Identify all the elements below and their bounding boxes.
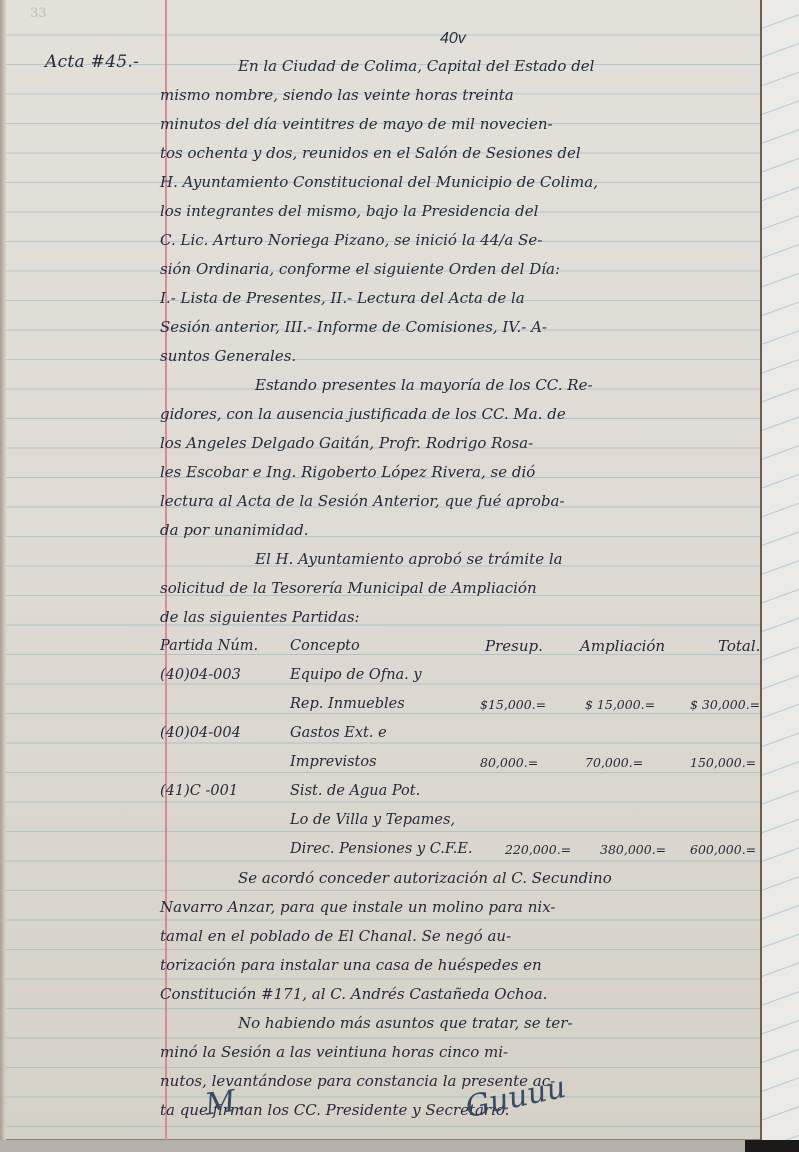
cell-concepto: Imprevistos	[290, 748, 377, 777]
cell-concepto: Lo de Villa y Tepames,	[290, 806, 455, 835]
binding-edge	[0, 0, 6, 1140]
cell-presupuesto: 220,000.=	[505, 835, 571, 864]
cell-presupuesto: $15,000.=	[480, 690, 546, 719]
header-partida: Partida Núm.	[160, 632, 258, 661]
signature-block: M. Guuuu	[200, 1080, 620, 1140]
table-row: (41)C -001 Sist. de Agua Pot.	[160, 777, 760, 806]
cell-concepto: Equipo de Ofna. y	[290, 661, 422, 690]
table-row-continued: Imprevistos 80,000.= 70,000.= 150,000.=	[160, 748, 760, 777]
table-row-continued: Lo de Villa y Tepames,	[160, 806, 760, 835]
cell-concepto: Gastos Ext. e	[290, 719, 387, 748]
text-line: Navarro Anzar, para que instale un molin…	[160, 893, 760, 922]
cell-concepto: Rep. Inmuebles	[290, 690, 405, 719]
text-line: lectura al Acta de la Sesión Anterior, q…	[160, 487, 760, 516]
text-line: En la Ciudad de Colima, Capital del Esta…	[160, 52, 760, 81]
cell-partida: (40)04-004	[160, 719, 241, 748]
text-line: minutos del día veintitres de mayo de mi…	[160, 110, 760, 139]
text-line: H. Ayuntamiento Constitucional del Munic…	[160, 168, 760, 197]
cell-presupuesto: 80,000.=	[480, 748, 538, 777]
cell-total: 600,000.=	[690, 835, 756, 864]
table-row-continued: Direc. Pensiones y C.F.E. 220,000.= 380,…	[160, 835, 760, 864]
cell-ampliacion: 380,000.=	[600, 835, 666, 864]
cell-total: 150,000.=	[690, 748, 756, 777]
text-line: los integrantes del mismo, bajo la Presi…	[160, 197, 760, 226]
cell-partida: (41)C -001	[160, 777, 238, 806]
table-header-row: Partida Núm. Concepto Presup. Ampliación…	[160, 632, 760, 661]
text-line: gidores, con la ausencia justificada de …	[160, 400, 760, 429]
text-line: solicitud de la Tesorería Municipal de A…	[160, 574, 760, 603]
table-row: (40)04-003 Equipo de Ofna. y	[160, 661, 760, 690]
text-line: les Escobar e Ing. Rigoberto López River…	[160, 458, 760, 487]
text-line: suntos Generales.	[160, 342, 760, 371]
text-line: mismo nombre, siendo las veinte horas tr…	[160, 81, 760, 110]
page-bottom-edge	[0, 1140, 762, 1152]
text-line: No habiendo más asuntos que tratar, se t…	[160, 1009, 760, 1038]
text-line: de las siguientes Partidas:	[160, 603, 760, 632]
text-line: Se acordó conceder autorización al C. Se…	[160, 864, 760, 893]
cell-partida: (40)04-003	[160, 661, 241, 690]
budget-intro-paragraph: El H. Ayuntamiento aprobó se trámite la …	[160, 545, 760, 632]
header-ampliacion: Ampliación	[580, 632, 665, 661]
text-line: El H. Ayuntamiento aprobó se trámite la	[160, 545, 760, 574]
minutes-body: En la Ciudad de Colima, Capital del Esta…	[160, 52, 760, 1125]
president-signature: M.	[203, 1082, 248, 1122]
cell-ampliacion: 70,000.=	[585, 748, 643, 777]
authorizations-paragraph: Se acordó conceder autorización al C. Se…	[160, 864, 760, 1009]
text-line: Sesión anterior, III.- Informe de Comisi…	[160, 313, 760, 342]
text-line: Constitución #171, al C. Andrés Castañed…	[160, 980, 760, 1009]
header-concepto: Concepto	[290, 632, 360, 661]
cell-concepto: Direc. Pensiones y C.F.E.	[290, 835, 473, 864]
text-line: los Angeles Delgado Gaitán, Profr. Rodri…	[160, 429, 760, 458]
act-label: Acta #45.-	[45, 52, 139, 72]
header-presupuesto: Presup.	[485, 632, 543, 661]
text-line: tamal en el poblado de El Chanal. Se neg…	[160, 922, 760, 951]
text-line: I.- Lista de Presentes, II.- Lectura del…	[160, 284, 760, 313]
attendance-paragraph: Estando presentes la mayoría de los CC. …	[160, 371, 760, 545]
text-line: da por unanimidad.	[160, 516, 760, 545]
text-line: sión Ordinaria, conforme el siguiente Or…	[160, 255, 760, 284]
cell-concepto: Sist. de Agua Pot.	[290, 777, 420, 806]
text-line: minó la Sesión a las veintiuna horas cin…	[160, 1038, 760, 1067]
ledger-page: 33 40v Acta #45.- En la Ciudad de Colima…	[0, 0, 762, 1140]
adjacent-page-edge	[762, 0, 799, 1152]
header-total: Total.	[718, 632, 760, 661]
table-row-continued: Rep. Inmuebles $15,000.= $ 15,000.= $ 30…	[160, 690, 760, 719]
table-row: (40)04-004 Gastos Ext. e	[160, 719, 760, 748]
budget-table: Partida Núm. Concepto Presup. Ampliación…	[160, 632, 760, 864]
text-line: Estando presentes la mayoría de los CC. …	[160, 371, 760, 400]
cell-ampliacion: $ 15,000.=	[585, 690, 655, 719]
cell-total: $ 30,000.=	[690, 690, 760, 719]
document-photo: 33 40v Acta #45.- En la Ciudad de Colima…	[0, 0, 799, 1152]
book-cover-corner	[745, 1140, 799, 1152]
page-number: 40v	[440, 30, 466, 48]
opening-paragraph: En la Ciudad de Colima, Capital del Esta…	[160, 52, 760, 371]
text-line: torización para instalar una casa de hué…	[160, 951, 760, 980]
text-line: tos ochenta y dos, reunidos en el Salón …	[160, 139, 760, 168]
faded-stamp: 33	[30, 6, 47, 21]
text-line: C. Lic. Arturo Noriega Pizano, se inició…	[160, 226, 760, 255]
